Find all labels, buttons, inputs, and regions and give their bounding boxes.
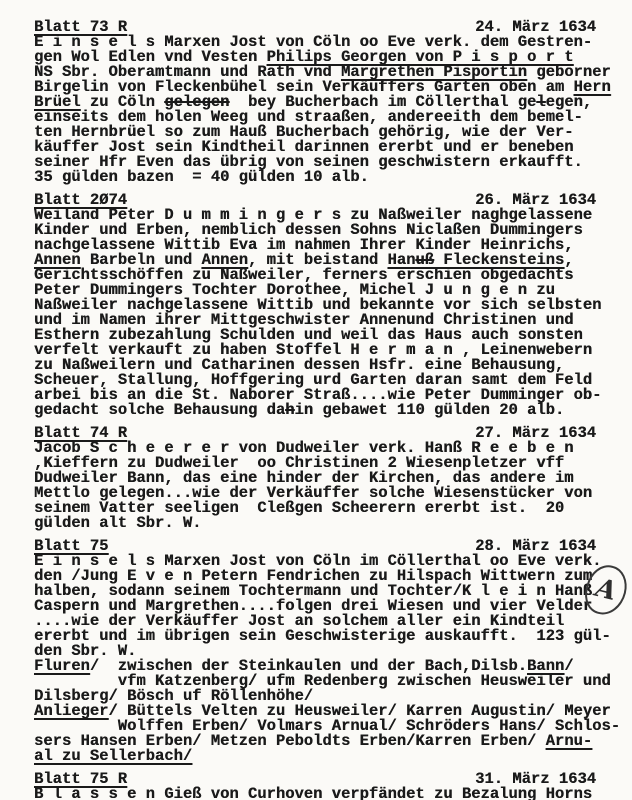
margin-annotation-letter: A	[593, 573, 620, 607]
text-segment: 35 gülden bazen = 40 gülden 10 alb.	[34, 168, 369, 186]
register-entry: Blatt 75 R31. März 1634B l a s s e n Gie…	[34, 772, 596, 800]
text-segment: al zu Sellerbach/	[34, 747, 192, 765]
text-line: B l a s s e n Gieß von Curhoven verpfänd…	[34, 787, 596, 800]
text-segment: B l a s s e n Gieß von Curhoven verpfänd…	[34, 785, 592, 800]
text-segment: gülden alt Sbr. W.	[34, 514, 201, 532]
register-entry: Blatt 2Ø7426. März 1634Weiland Peter D u…	[34, 193, 596, 418]
text-segment: in gebawet 110 gülden 20 alb.	[294, 401, 564, 419]
register-entry: Blatt 73 R24. März 1634E i n s e l s Mar…	[34, 20, 596, 185]
text-line: gedacht solche Behausung dahin gebawet 1…	[34, 403, 596, 418]
text-line: al zu Sellerbach/	[34, 749, 596, 764]
register-entry: Blatt 74 R27. März 1634Jacob S c h e e r…	[34, 426, 596, 531]
text-segment: gedacht solche Behausung da	[34, 401, 285, 419]
entries-list: Blatt 73 R24. März 1634E i n s e l s Mar…	[34, 20, 596, 800]
text-segment: Arnu-	[546, 732, 593, 750]
text-line: gülden alt Sbr. W.	[34, 516, 596, 531]
document-page: Blatt 73 R24. März 1634E i n s e l s Mar…	[0, 0, 632, 800]
text-line: 35 gülden bazen = 40 gülden 10 alb.	[34, 170, 596, 185]
register-entry: Blatt 7528. März 1634E i n s e l s Marxe…	[34, 539, 596, 764]
